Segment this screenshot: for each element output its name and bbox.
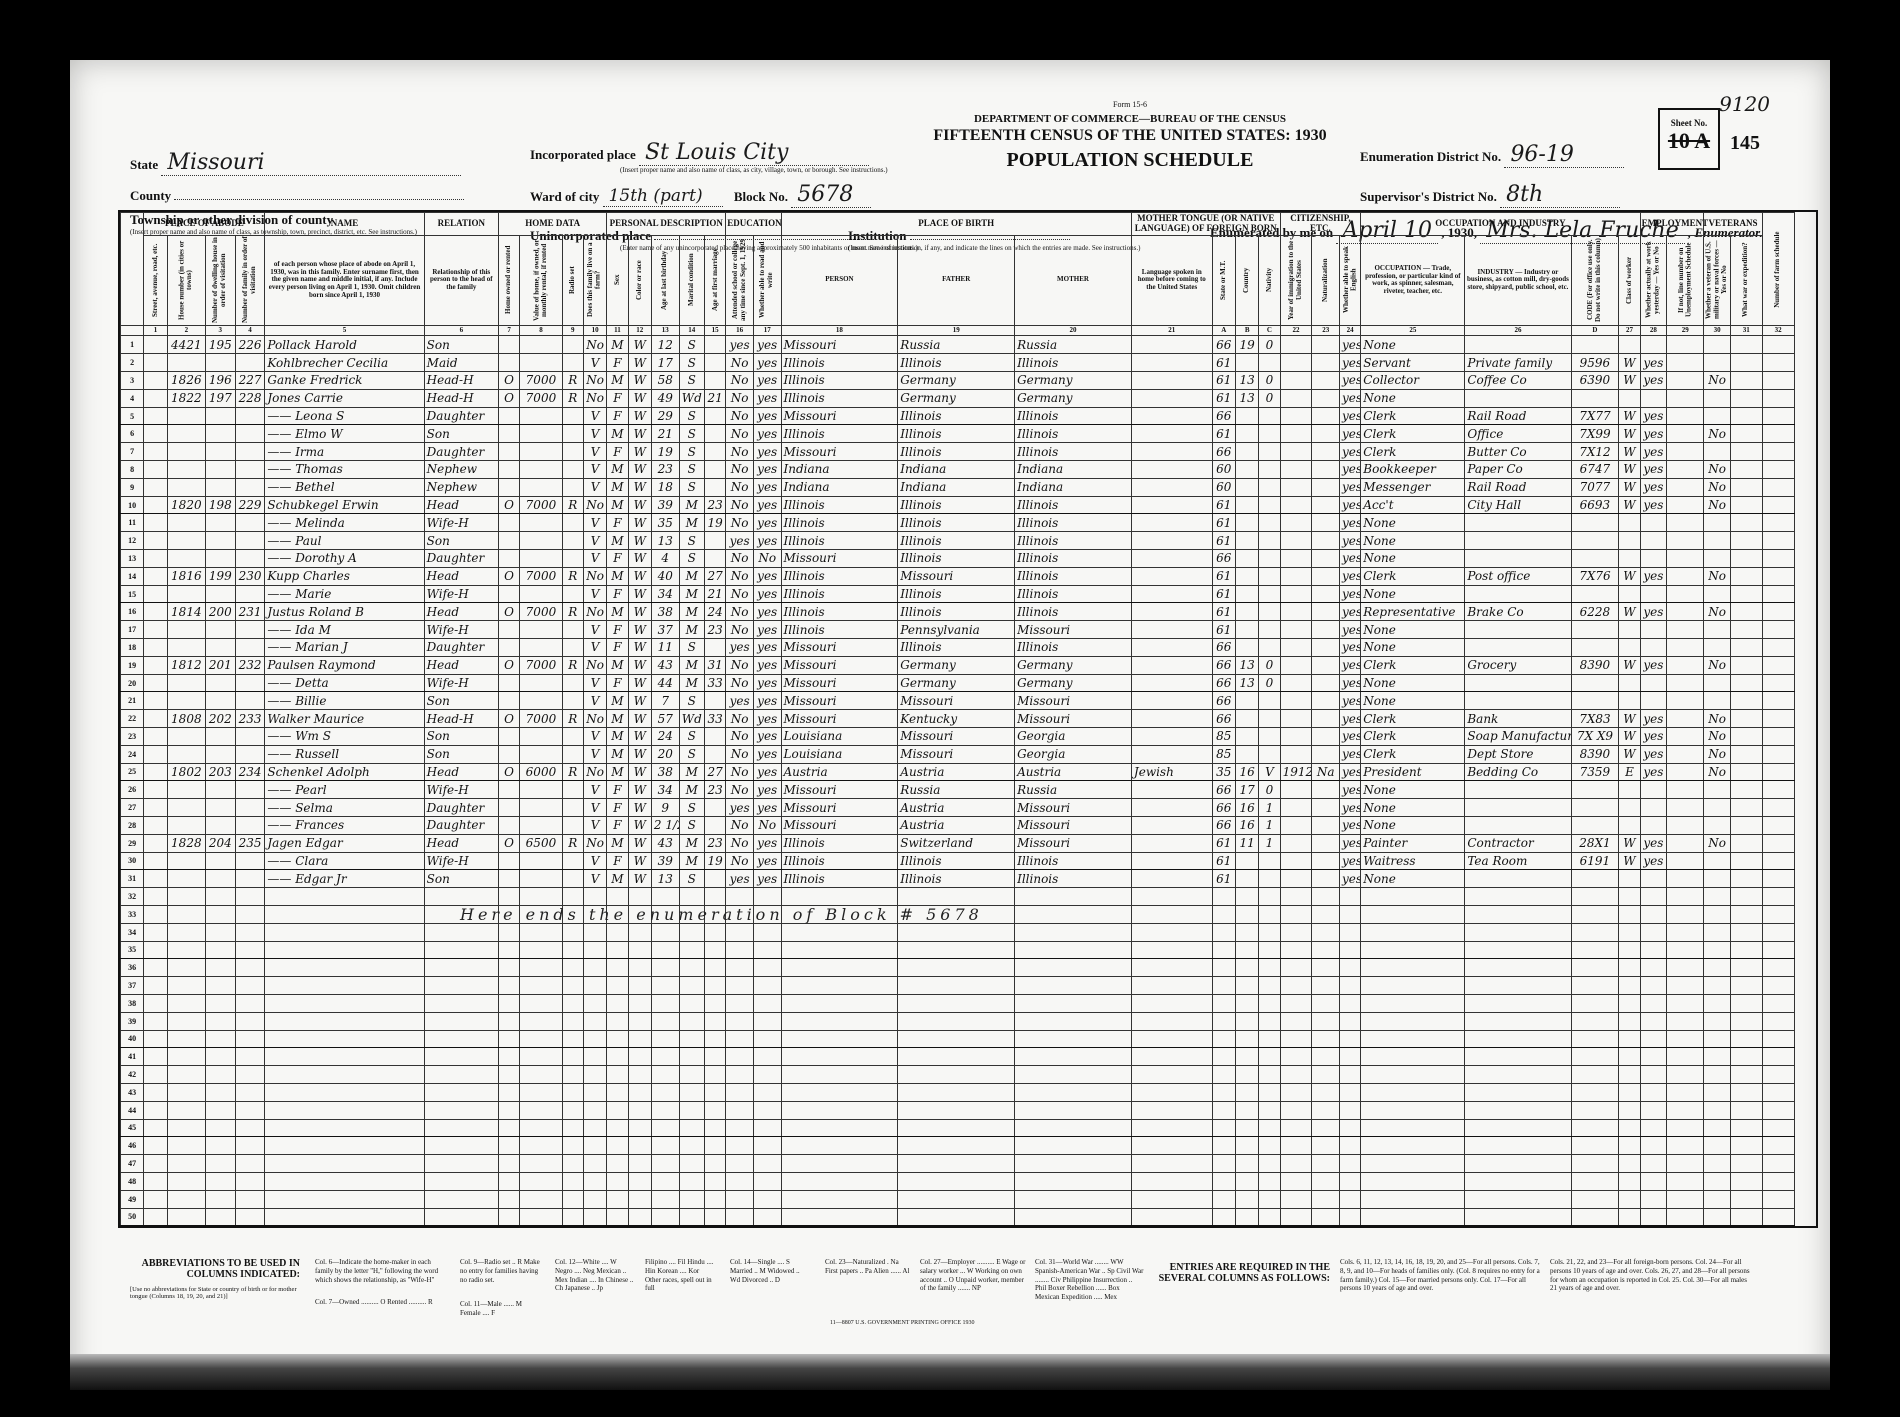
- cell-at-work: [1640, 532, 1667, 550]
- cell-value: [520, 692, 562, 710]
- empty-cell: [1640, 959, 1667, 977]
- cell-father: Germany: [898, 674, 1015, 692]
- cell-family: [235, 692, 265, 710]
- cell-sex: M: [607, 656, 628, 674]
- empty-cell: [205, 1172, 235, 1190]
- cell-family: [235, 354, 265, 372]
- col-number-30: 30: [1704, 325, 1731, 336]
- cell-marital: S: [679, 407, 704, 425]
- cell-code-b: [1235, 728, 1258, 746]
- empty-cell: [1280, 959, 1312, 977]
- empty-cell: [1235, 1030, 1258, 1048]
- group-place-of-abode: PLACE OF ABODE: [144, 213, 265, 236]
- empty-cell: [898, 888, 1015, 906]
- cell-family: 230: [235, 567, 265, 585]
- table-row: 17—— Ida MWife-HVFW37M23NoyesIllinoisPen…: [121, 621, 1816, 639]
- cell-at-work: yes: [1640, 852, 1667, 870]
- cell-unemp: [1667, 852, 1704, 870]
- empty-cell: [898, 1030, 1015, 1048]
- cell-radio: [562, 870, 583, 888]
- empty-cell: [1280, 1083, 1312, 1101]
- cell-occupation: Acc't: [1361, 496, 1465, 514]
- cell-code-c: [1259, 354, 1280, 372]
- cell-class: W: [1619, 478, 1640, 496]
- empty-cell: [205, 1119, 235, 1137]
- cell-veteran: [1704, 514, 1731, 532]
- cell-mother: Germany: [1015, 372, 1132, 390]
- cell-birth: Illinois: [781, 514, 898, 532]
- table-row: 24—— RussellSonVMW20SNoyesLouisianaMisso…: [121, 745, 1816, 763]
- blank-row: 49: [121, 1190, 1816, 1208]
- empty-cell: [1340, 1101, 1361, 1119]
- cell-code-b: 13: [1235, 656, 1258, 674]
- abbr-col14: Col. 14—Single .... S Married .. M Widow…: [730, 1258, 810, 1284]
- cell-english: yes: [1340, 372, 1361, 390]
- cell-family: 231: [235, 603, 265, 621]
- cell-code-d: [1571, 870, 1619, 888]
- cell-owned: [498, 407, 519, 425]
- cell-age-marr: 24: [705, 603, 726, 621]
- cell-war: [1730, 425, 1762, 443]
- cell-radio: [562, 354, 583, 372]
- line-number: 6: [121, 425, 144, 443]
- cell-code-b: [1235, 710, 1258, 728]
- cell-father: Illinois: [898, 496, 1015, 514]
- department-title: DEPARTMENT OF COMMERCE—BUREAU OF THE CEN…: [920, 113, 1340, 125]
- cell-owned: [498, 585, 519, 603]
- empty-cell: [424, 994, 498, 1012]
- empty-cell: [1131, 923, 1212, 941]
- cell-age: 39: [651, 496, 679, 514]
- cell-farm: V: [583, 692, 606, 710]
- ward-label: Ward of city: [530, 189, 599, 204]
- col-number-20: 20: [1015, 325, 1132, 336]
- cell-relation: Daughter: [424, 550, 498, 568]
- cell-language: [1131, 639, 1212, 657]
- cell-at-work: [1640, 585, 1667, 603]
- cell-relation: Nephew: [424, 461, 498, 479]
- cell-age-marr: [705, 532, 726, 550]
- cell-school: No: [726, 372, 754, 390]
- col-number-11: 11: [607, 325, 628, 336]
- cell-language: [1131, 710, 1212, 728]
- cell-sex: M: [607, 603, 628, 621]
- cell-street: [144, 656, 167, 674]
- cell-dwelling: [205, 781, 235, 799]
- cell-read: yes: [753, 799, 781, 817]
- cell-mother: Illinois: [1015, 514, 1132, 532]
- cell-father: Austria: [898, 799, 1015, 817]
- cell-marital: S: [679, 336, 704, 354]
- empty-cell: [705, 1083, 726, 1101]
- cell-code-a: 60: [1212, 461, 1235, 479]
- cell-at-work: [1640, 639, 1667, 657]
- empty-cell: [753, 1066, 781, 1084]
- cell-house: 1802: [167, 763, 205, 781]
- cell-occupation: None: [1361, 781, 1465, 799]
- empty-cell: [562, 1208, 583, 1226]
- cell-industry: [1465, 781, 1571, 799]
- cell-school: No: [726, 514, 754, 532]
- cell-farm: No: [583, 336, 606, 354]
- cell-name: Schenkel Adolph: [265, 763, 424, 781]
- empty-cell: [1131, 941, 1212, 959]
- empty-cell: [424, 1030, 498, 1048]
- cell-veteran: No: [1704, 372, 1731, 390]
- cell-school: No: [726, 621, 754, 639]
- margin-note-top: 9120: [1719, 92, 1770, 116]
- cell-father: Indiana: [898, 461, 1015, 479]
- cell-class: [1619, 585, 1640, 603]
- empty-cell: [235, 1101, 265, 1119]
- empty-cell: [1762, 1101, 1794, 1119]
- empty-cell: [1640, 1137, 1667, 1155]
- cell-relation: Daughter: [424, 799, 498, 817]
- empty-cell: [705, 1155, 726, 1173]
- cell-english: yes: [1340, 763, 1361, 781]
- cell-code-b: 19: [1235, 336, 1258, 354]
- cell-read: yes: [753, 639, 781, 657]
- cell-radio: [562, 781, 583, 799]
- cell-veteran: No: [1704, 603, 1731, 621]
- cell-unemp: [1667, 443, 1704, 461]
- cell-relation: Head: [424, 763, 498, 781]
- empty-cell: [1235, 1172, 1258, 1190]
- cell-unemp: [1667, 567, 1704, 585]
- cell-farm-sched: [1762, 354, 1794, 372]
- cell-occupation: None: [1361, 870, 1465, 888]
- empty-cell: [520, 923, 562, 941]
- empty-cell: [705, 1172, 726, 1190]
- cell-radio: [562, 461, 583, 479]
- empty-cell: [1131, 1172, 1212, 1190]
- cell-farm-sched: [1762, 603, 1794, 621]
- cell-radio: [562, 799, 583, 817]
- empty-cell: [1312, 1119, 1340, 1137]
- empty-cell: [1361, 923, 1465, 941]
- cell-father: Illinois: [898, 603, 1015, 621]
- cell-house: [167, 728, 205, 746]
- empty-cell: [1235, 1101, 1258, 1119]
- line-number: 49: [121, 1190, 144, 1208]
- cell-language: [1131, 407, 1212, 425]
- empty-cell: [1212, 1012, 1235, 1030]
- empty-cell: [520, 977, 562, 995]
- cell-sex: M: [607, 372, 628, 390]
- empty-cell: [1312, 1012, 1340, 1030]
- empty-cell: [583, 1083, 606, 1101]
- cell-family: [235, 674, 265, 692]
- cell-age: 11: [651, 639, 679, 657]
- empty-cell: [607, 1208, 628, 1226]
- cell-birth: Illinois: [781, 532, 898, 550]
- cell-english: yes: [1340, 834, 1361, 852]
- cell-street: [144, 603, 167, 621]
- cell-street: [144, 745, 167, 763]
- cell-occupation: Representative: [1361, 603, 1465, 621]
- empty-cell: [265, 1208, 424, 1226]
- cell-class: W: [1619, 728, 1640, 746]
- cell-name: —— Russell: [265, 745, 424, 763]
- blank-row: 47: [121, 1155, 1816, 1173]
- empty-cell: [520, 1155, 562, 1173]
- empty-cell: [144, 959, 167, 977]
- cell-read: yes: [753, 532, 781, 550]
- empty-cell: [520, 1012, 562, 1030]
- cell-code-d: [1571, 514, 1619, 532]
- supervisor-district-field: Supervisor's District No. 8th: [1360, 182, 1620, 208]
- empty-cell: [1280, 941, 1312, 959]
- cell-unemp: [1667, 478, 1704, 496]
- empty-cell: [1280, 1172, 1312, 1190]
- empty-cell: [520, 1172, 562, 1190]
- cell-family: [235, 407, 265, 425]
- cell-mother: Russia: [1015, 781, 1132, 799]
- empty-cell: [167, 1101, 205, 1119]
- cell-at-work: [1640, 621, 1667, 639]
- empty-cell: [1465, 1208, 1571, 1226]
- cell-farm: V: [583, 674, 606, 692]
- cell-sex: F: [607, 514, 628, 532]
- ward-field: Ward of city 15th (part) Block No. 5678: [530, 182, 871, 208]
- empty-cell: [1730, 959, 1762, 977]
- header-col-14: Marital condition: [679, 235, 704, 325]
- empty-cell: [1667, 1137, 1704, 1155]
- cell-english: yes: [1340, 852, 1361, 870]
- cell-code-d: 7077: [1571, 478, 1619, 496]
- cell-relation: Head-H: [424, 710, 498, 728]
- cell-owned: [498, 816, 519, 834]
- cell-class: W: [1619, 656, 1640, 674]
- cell-english: yes: [1340, 550, 1361, 568]
- empty-cell: [1340, 994, 1361, 1012]
- empty-cell: [265, 923, 424, 941]
- ward-value: 15th (part): [603, 186, 723, 207]
- cell-house: 1816: [167, 567, 205, 585]
- cell-family: [235, 621, 265, 639]
- empty-cell: [1667, 1208, 1704, 1226]
- empty-cell: [1667, 1101, 1704, 1119]
- empty-cell: [1640, 888, 1667, 906]
- cell-code-b: [1235, 639, 1258, 657]
- cell-marital: S: [679, 354, 704, 372]
- cell-age: 39: [651, 852, 679, 870]
- cell-relation: Head: [424, 603, 498, 621]
- empty-cell: [679, 1190, 704, 1208]
- empty-cell: [583, 1101, 606, 1119]
- cell-birth: Louisiana: [781, 728, 898, 746]
- cell-veteran: [1704, 532, 1731, 550]
- empty-cell: [1571, 1101, 1619, 1119]
- col-number-27: 27: [1619, 325, 1640, 336]
- cell-immig: [1280, 478, 1312, 496]
- empty-cell: [1465, 905, 1571, 923]
- empty-cell: [679, 1066, 704, 1084]
- cell-code-d: [1571, 389, 1619, 407]
- cell-house: 1828: [167, 834, 205, 852]
- empty-cell: [607, 1190, 628, 1208]
- cell-code-b: [1235, 550, 1258, 568]
- cell-value: 7000: [520, 603, 562, 621]
- cell-owned: [498, 532, 519, 550]
- cell-farm-sched: [1762, 870, 1794, 888]
- cell-house: [167, 354, 205, 372]
- cell-farm: V: [583, 514, 606, 532]
- empty-cell: [424, 1190, 498, 1208]
- cell-mother: Germany: [1015, 389, 1132, 407]
- empty-cell: [1212, 905, 1235, 923]
- empty-cell: [1361, 1101, 1465, 1119]
- census-sheet: State Missouri County Township or other …: [70, 60, 1830, 1390]
- cell-class: W: [1619, 745, 1640, 763]
- empty-cell: [607, 1066, 628, 1084]
- cell-marital: M: [679, 763, 704, 781]
- cell-natur: [1312, 496, 1340, 514]
- cell-name: —— Leona S: [265, 407, 424, 425]
- empty-cell: [1619, 977, 1640, 995]
- cell-farm-sched: [1762, 799, 1794, 817]
- empty-cell: [424, 888, 498, 906]
- empty-cell: [1131, 1208, 1212, 1226]
- cell-name: —— Selma: [265, 799, 424, 817]
- empty-cell: [898, 1208, 1015, 1226]
- blank-row: 35: [121, 941, 1816, 959]
- cell-name: —— Elmo W: [265, 425, 424, 443]
- cell-war: [1730, 336, 1762, 354]
- cell-name: —— Marie: [265, 585, 424, 603]
- empty-cell: [520, 1066, 562, 1084]
- cell-veteran: [1704, 336, 1731, 354]
- cell-dwelling: [205, 621, 235, 639]
- cell-code-b: [1235, 567, 1258, 585]
- cell-read: yes: [753, 728, 781, 746]
- empty-cell: [1015, 1066, 1132, 1084]
- cell-value: [520, 852, 562, 870]
- cell-owned: O: [498, 389, 519, 407]
- cell-relation: Wife-H: [424, 621, 498, 639]
- line-number: 37: [121, 977, 144, 995]
- empty-cell: [144, 977, 167, 995]
- empty-cell: [1361, 1155, 1465, 1173]
- empty-cell: [1015, 1137, 1132, 1155]
- empty-cell: [1762, 941, 1794, 959]
- cell-war: [1730, 550, 1762, 568]
- empty-cell: [651, 1101, 679, 1119]
- empty-cell: [1212, 977, 1235, 995]
- empty-cell: [1280, 888, 1312, 906]
- cell-value: [520, 816, 562, 834]
- cell-father: Missouri: [898, 692, 1015, 710]
- empty-cell: [498, 1208, 519, 1226]
- cell-mother: Missouri: [1015, 834, 1132, 852]
- cell-occupation: Clerk: [1361, 710, 1465, 728]
- cell-farm-sched: [1762, 443, 1794, 461]
- cell-farm: V: [583, 799, 606, 817]
- empty-cell: [1280, 1012, 1312, 1030]
- cell-owned: [498, 639, 519, 657]
- empty-cell: [1465, 923, 1571, 941]
- cell-farm-sched: [1762, 567, 1794, 585]
- cell-dwelling: [205, 816, 235, 834]
- cell-language: Jewish: [1131, 763, 1212, 781]
- cell-house: 1814: [167, 603, 205, 621]
- header-col-20: MOTHER: [1015, 235, 1132, 325]
- abbr-col31: Col. 31—World War ........ WW Spanish-Am…: [1035, 1258, 1145, 1302]
- cell-language: [1131, 336, 1212, 354]
- cell-farm: V: [583, 425, 606, 443]
- empty-cell: [583, 888, 606, 906]
- cell-class: W: [1619, 852, 1640, 870]
- empty-cell: [1704, 959, 1731, 977]
- empty-cell: [1280, 1155, 1312, 1173]
- cell-street: [144, 816, 167, 834]
- cell-farm-sched: [1762, 478, 1794, 496]
- empty-cell: [898, 1119, 1015, 1137]
- cell-industry: Soap Manufacturing: [1465, 728, 1571, 746]
- cell-veteran: [1704, 799, 1731, 817]
- cell-name: Jagen Edgar: [265, 834, 424, 852]
- cell-house: [167, 621, 205, 639]
- cell-age-marr: 33: [705, 674, 726, 692]
- cell-radio: [562, 639, 583, 657]
- empty-cell: [1259, 1137, 1280, 1155]
- col-number-16: 16: [726, 325, 754, 336]
- empty-cell: [1619, 905, 1640, 923]
- cell-house: [167, 407, 205, 425]
- blank-row: 44: [121, 1101, 1816, 1119]
- cell-natur: [1312, 834, 1340, 852]
- cell-street: [144, 692, 167, 710]
- cell-sex: F: [607, 674, 628, 692]
- empty-cell: [753, 1208, 781, 1226]
- cell-dwelling: [205, 425, 235, 443]
- empty-cell: [1465, 1172, 1571, 1190]
- cell-immig: [1280, 852, 1312, 870]
- cell-industry: [1465, 639, 1571, 657]
- empty-cell: [726, 941, 754, 959]
- cell-family: [235, 443, 265, 461]
- empty-cell: [498, 1172, 519, 1190]
- table-row: 191812201232Paulsen RaymondHeadO7000RNoM…: [121, 656, 1816, 674]
- empty-cell: [520, 888, 562, 906]
- cell-immig: [1280, 834, 1312, 852]
- cell-mother: Indiana: [1015, 478, 1132, 496]
- empty-cell: [1312, 888, 1340, 906]
- cell-name: —— Clara: [265, 852, 424, 870]
- empty-cell: [753, 1137, 781, 1155]
- cell-natur: [1312, 532, 1340, 550]
- empty-cell: [1312, 959, 1340, 977]
- col-number-12: 12: [628, 325, 651, 336]
- empty-cell: [1235, 1155, 1258, 1173]
- empty-cell: [1571, 941, 1619, 959]
- cell-farm: No: [583, 389, 606, 407]
- cell-language: [1131, 834, 1212, 852]
- empty-cell: [753, 888, 781, 906]
- line-number: 47: [121, 1155, 144, 1173]
- cell-school: No: [726, 728, 754, 746]
- cell-code-c: [1259, 514, 1280, 532]
- line-number: 17: [121, 621, 144, 639]
- cell-relation: Nephew: [424, 478, 498, 496]
- empty-cell: [651, 1030, 679, 1048]
- cell-farm: V: [583, 354, 606, 372]
- empty-cell: [607, 1172, 628, 1190]
- cell-occupation: Waitress: [1361, 852, 1465, 870]
- empty-cell: [1235, 1137, 1258, 1155]
- cell-farm-sched: [1762, 816, 1794, 834]
- empty-cell: [1259, 1155, 1280, 1173]
